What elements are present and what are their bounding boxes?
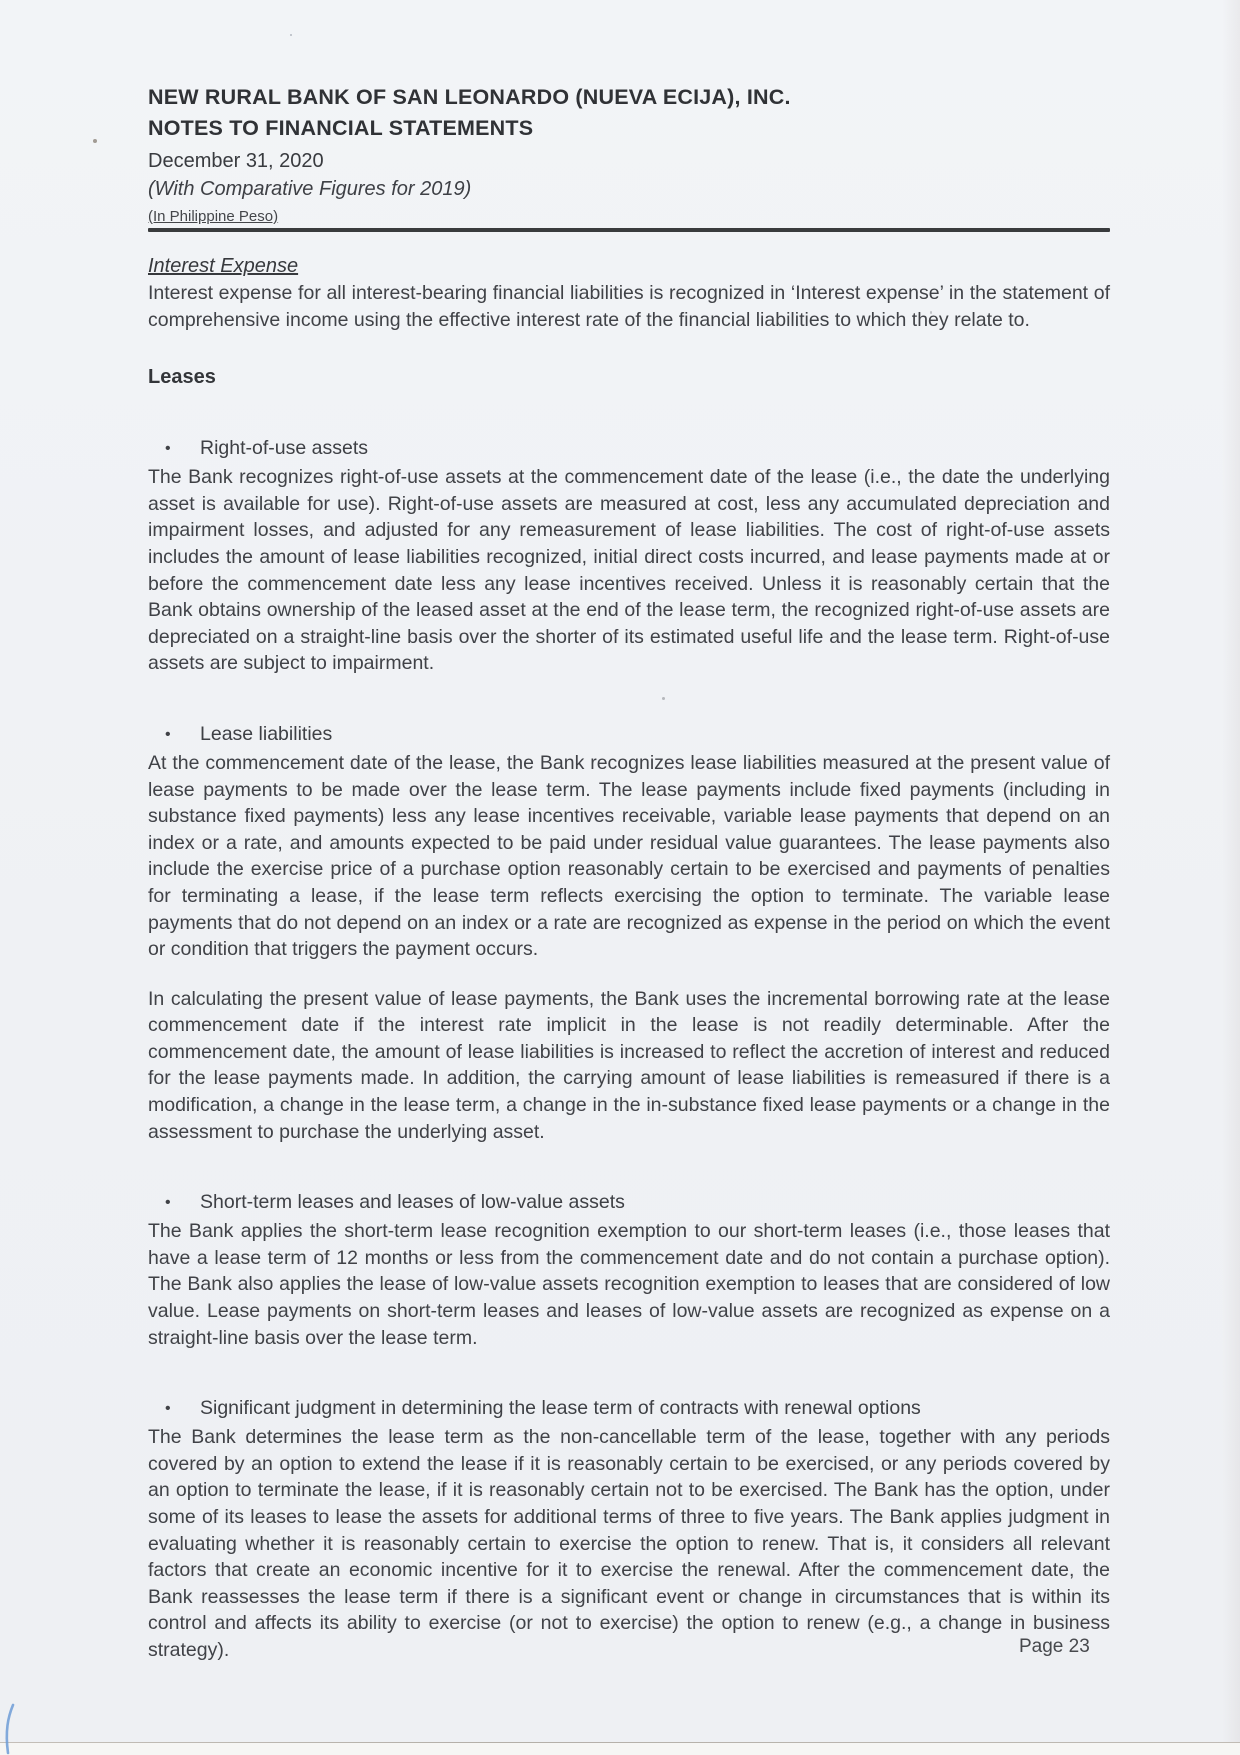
- bank-name: NEW RURAL BANK OF SAN LEONARDO (NUEVA EC…: [148, 82, 1110, 113]
- scan-speck: [930, 311, 932, 314]
- bullet-icon: •: [165, 435, 200, 462]
- bullet-icon: •: [165, 1395, 200, 1422]
- page-number: Page 23: [1019, 1636, 1090, 1658]
- document-title: NOTES TO FINANCIAL STATEMENTS: [148, 113, 1110, 144]
- currency-note: (In Philippine Peso): [148, 207, 278, 226]
- scan-speck: [662, 697, 665, 700]
- bullet-title: Lease liabilities: [200, 723, 332, 745]
- bullet-icon: •: [165, 1189, 200, 1216]
- statement-date: December 31, 2020: [148, 146, 1110, 176]
- scan-speck: [290, 34, 292, 36]
- section-heading-interest-expense: Interest Expense: [148, 253, 1110, 280]
- paragraph: The Bank determines the lease term as th…: [148, 1424, 1110, 1663]
- bullet-row: •Significant judgment in determining the…: [148, 1395, 1110, 1423]
- section-interest-expense: Interest Expense Interest expense for al…: [148, 253, 1110, 333]
- header-rule: [148, 228, 1110, 232]
- paragraph: In calculating the present value of leas…: [148, 986, 1110, 1146]
- section-heading-leases: Leases: [148, 364, 1110, 391]
- bullet-row: •Short-term leases and leases of low-val…: [148, 1189, 1110, 1217]
- paragraph-interest-expense: Interest expense for all interest-bearin…: [148, 280, 1110, 333]
- lease-topic-significant-judgment: •Significant judgment in determining the…: [148, 1395, 1110, 1663]
- bullet-icon: •: [165, 721, 200, 748]
- bullet-title: Right-of-use assets: [200, 437, 368, 459]
- document-header: NEW RURAL BANK OF SAN LEONARDO (NUEVA EC…: [148, 82, 1110, 232]
- scan-page-edge-area: [0, 1743, 1240, 1755]
- bullet-row: •Right-of-use assets: [148, 435, 1110, 463]
- paragraph: The Bank applies the short-term lease re…: [148, 1218, 1110, 1351]
- document-page: NEW RURAL BANK OF SAN LEONARDO (NUEVA EC…: [0, 0, 1240, 1664]
- lease-topic-short-term-leases: •Short-term leases and leases of low-val…: [148, 1189, 1110, 1351]
- bullet-title: Significant judgment in determining the …: [200, 1397, 921, 1419]
- bullet-row: •Lease liabilities: [148, 721, 1110, 749]
- lease-topic-right-of-use-assets: •Right-of-use assets The Bank recognizes…: [148, 435, 1110, 677]
- pen-mark: [1, 1703, 23, 1755]
- scan-speck: [757, 1469, 759, 1471]
- paragraph: At the commencement date of the lease, t…: [148, 750, 1110, 963]
- lease-topic-lease-liabilities: •Lease liabilities At the commencement d…: [148, 721, 1110, 1145]
- paragraph: The Bank recognizes right-of-use assets …: [148, 464, 1110, 677]
- scan-speck: [93, 139, 97, 143]
- comparative-figures-note: (With Comparative Figures for 2019): [148, 176, 1110, 202]
- bullet-title: Short-term leases and leases of low-valu…: [200, 1191, 625, 1213]
